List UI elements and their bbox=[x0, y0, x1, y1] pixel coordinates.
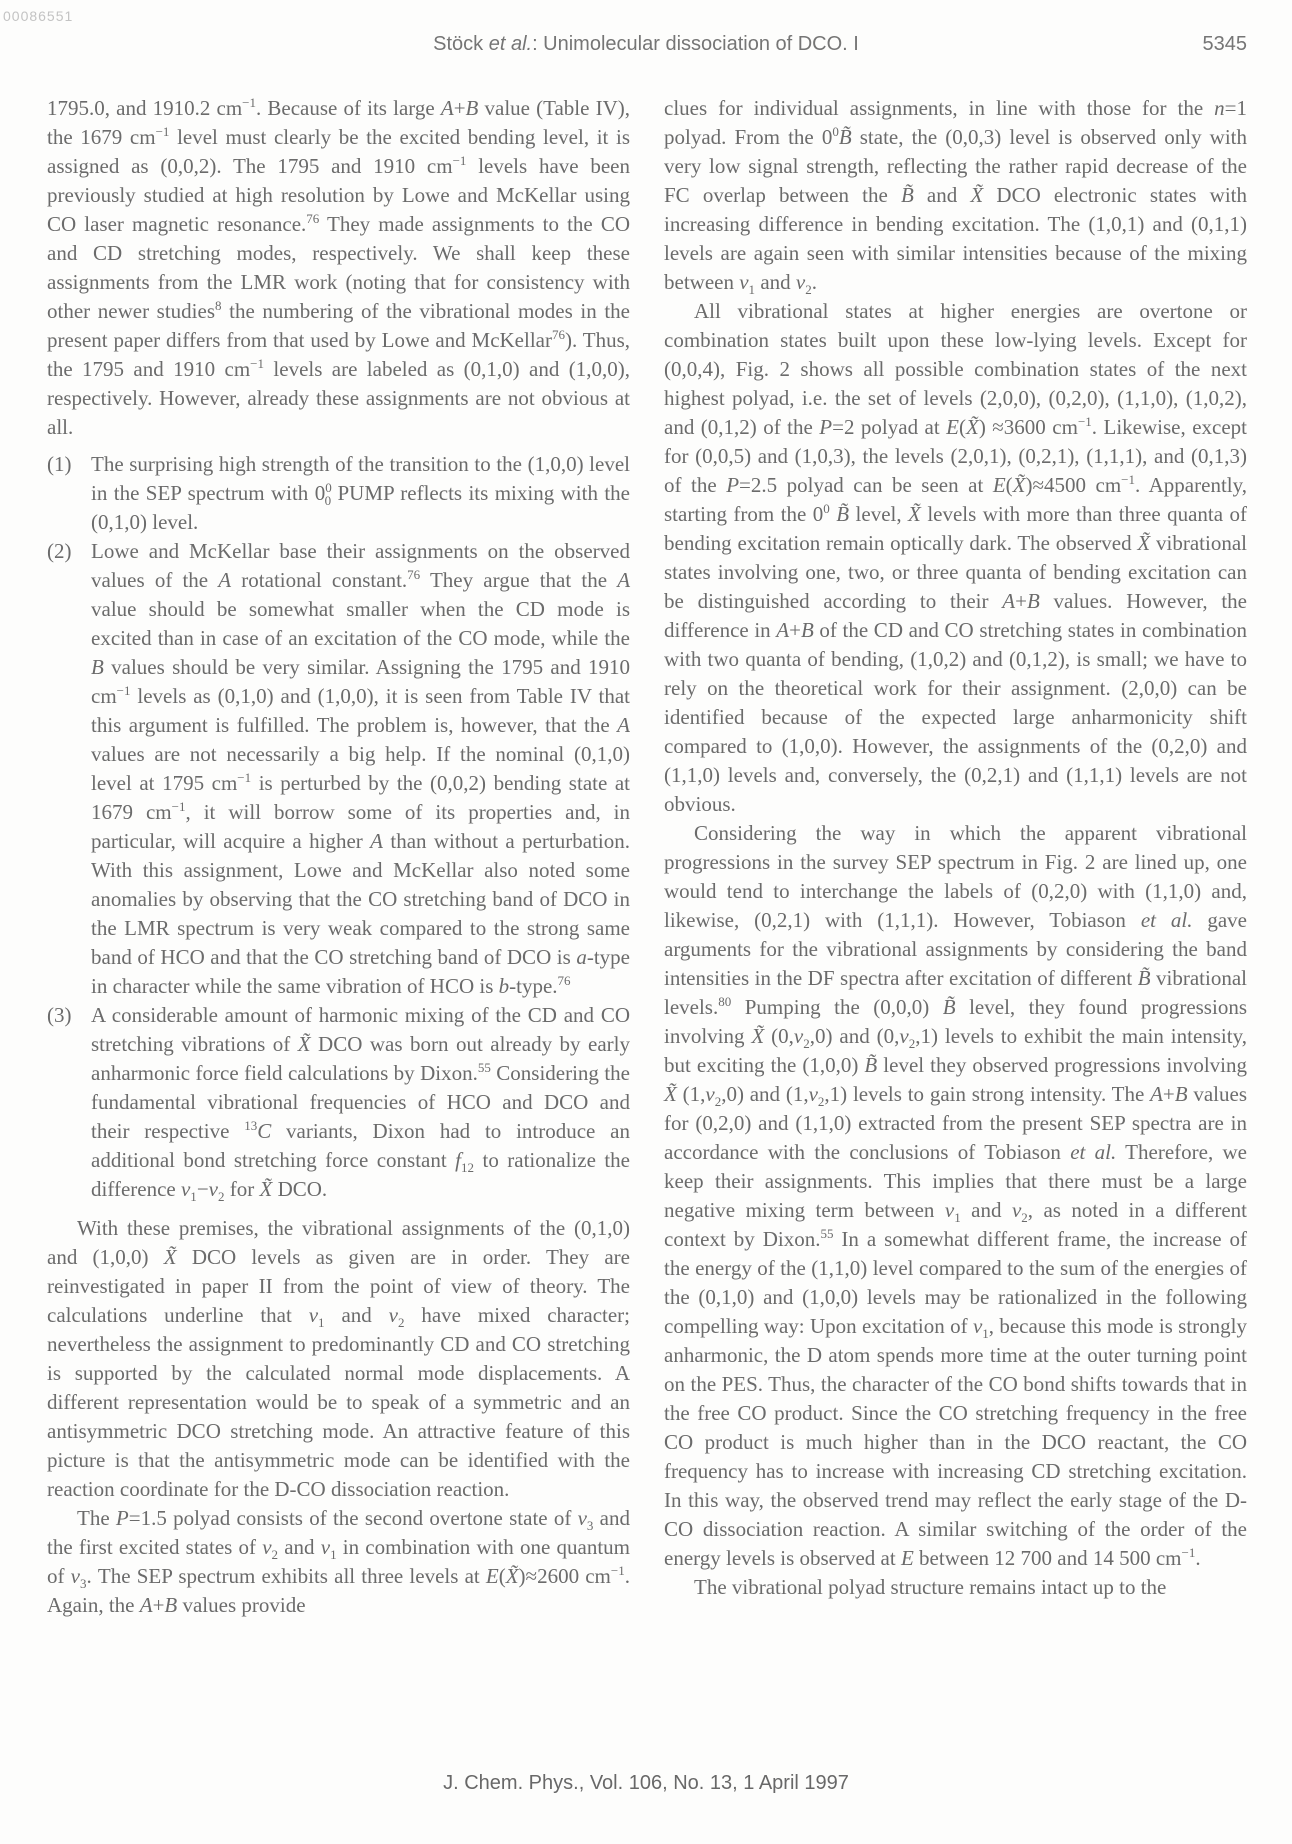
paragraph-considering: Considering the way in which the apparen… bbox=[664, 819, 1247, 1573]
scan-number: 00086551 bbox=[3, 8, 73, 24]
article-body: 1795.0, and 1910.2 cm−1. Because of its … bbox=[47, 94, 1247, 1620]
right-column: clues for individual assignments, in lin… bbox=[664, 94, 1247, 1620]
list-marker-2: (2) bbox=[47, 537, 91, 566]
journal-page: 00086551 Stöck et al.: Unimolecular diss… bbox=[0, 0, 1292, 1844]
list-item-1: (1)The surprising high strength of the t… bbox=[47, 450, 630, 537]
paragraph-clues: clues for individual assignments, in lin… bbox=[664, 94, 1247, 297]
list-item-2: (2)Lowe and McKellar base their assignme… bbox=[47, 537, 630, 1001]
list-marker-3: (3) bbox=[47, 1001, 91, 1030]
paragraph-premises: With these premises, the vibrational ass… bbox=[47, 1214, 630, 1504]
numbered-list: (1)The surprising high strength of the t… bbox=[47, 450, 630, 1204]
page-number: 5345 bbox=[1203, 33, 1248, 56]
paragraph-states: All vibrational states at higher energie… bbox=[664, 297, 1247, 819]
journal-citation: J. Chem. Phys., Vol. 106, No. 13, 1 Apri… bbox=[443, 1772, 849, 1794]
list-item-3-text: A considerable amount of harmonic mixing… bbox=[91, 1003, 630, 1201]
list-item-3: (3)A considerable amount of harmonic mix… bbox=[47, 1001, 630, 1204]
paragraph-closing: The vibrational polyad structure remains… bbox=[664, 1573, 1247, 1602]
paragraph-intro: 1795.0, and 1910.2 cm−1. Because of its … bbox=[47, 94, 630, 442]
paragraph-polyad: The P=1.5 polyad consists of the second … bbox=[47, 1504, 630, 1620]
running-head: Stöck et al.: Unimolecular dissociation … bbox=[0, 33, 1292, 56]
running-head-title: Stöck et al.: Unimolecular dissociation … bbox=[0, 33, 1292, 56]
list-item-1-text: The surprising high strength of the tran… bbox=[91, 452, 630, 534]
left-column: 1795.0, and 1910.2 cm−1. Because of its … bbox=[47, 94, 630, 1620]
list-marker-1: (1) bbox=[47, 450, 91, 479]
list-item-2-text: Lowe and McKellar base their assignments… bbox=[91, 539, 630, 998]
footer: J. Chem. Phys., Vol. 106, No. 13, 1 Apri… bbox=[0, 1772, 1292, 1795]
